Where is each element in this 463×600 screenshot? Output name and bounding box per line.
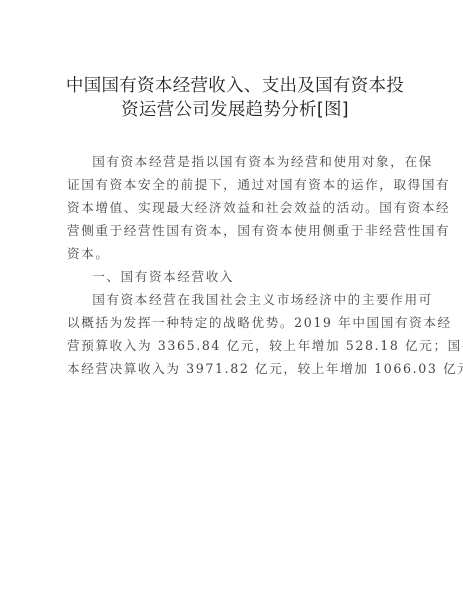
- text-line: 国有资本经营在我国社会主义市场经济中的主要作用可: [67, 288, 403, 311]
- paragraph-intro: 国有资本经营是指以国有资本为经营和使用对象，在保 证国有资本安全的前提下，通过对…: [67, 150, 403, 265]
- section-heading-text: 一、国有资本经营收入: [67, 265, 403, 288]
- title-line-1: 中国国有资本经营收入、支出及国有资本投: [60, 74, 410, 98]
- text-line: 本经营决算收入为 3971.82 亿元，较上年增加 1066.03 亿元。: [67, 357, 403, 380]
- text-line: 资本增值、实现最大经济效益和社会效益的活动。国有资本经: [67, 196, 403, 219]
- article-body: 国有资本经营是指以国有资本为经营和使用对象，在保 证国有资本安全的前提下，通过对…: [67, 150, 403, 380]
- section-heading: 一、国有资本经营收入: [67, 265, 403, 288]
- text-line: 证国有资本安全的前提下，通过对国有资本的运作，取得国有: [67, 173, 403, 196]
- paragraph-revenue: 国有资本经营在我国社会主义市场经济中的主要作用可 以概括为发挥一种特定的战略优势…: [67, 288, 403, 380]
- article-title: 中国国有资本经营收入、支出及国有资本投 资运营公司发展趋势分析[图]: [60, 74, 410, 122]
- text-line: 资本。: [67, 242, 403, 265]
- title-line-2: 资运营公司发展趋势分析[图]: [60, 98, 410, 122]
- text-line: 以概括为发挥一种特定的战略优势。2019 年中国国有资本经: [67, 311, 403, 334]
- text-line: 营预算收入为 3365.84 亿元，较上年增加 528.18 亿元；国有资: [67, 334, 403, 357]
- text-line: 营侧重于经营性国有资本，国有资本使用侧重于非经营性国有: [67, 219, 403, 242]
- text-line: 国有资本经营是指以国有资本为经营和使用对象，在保: [67, 150, 403, 173]
